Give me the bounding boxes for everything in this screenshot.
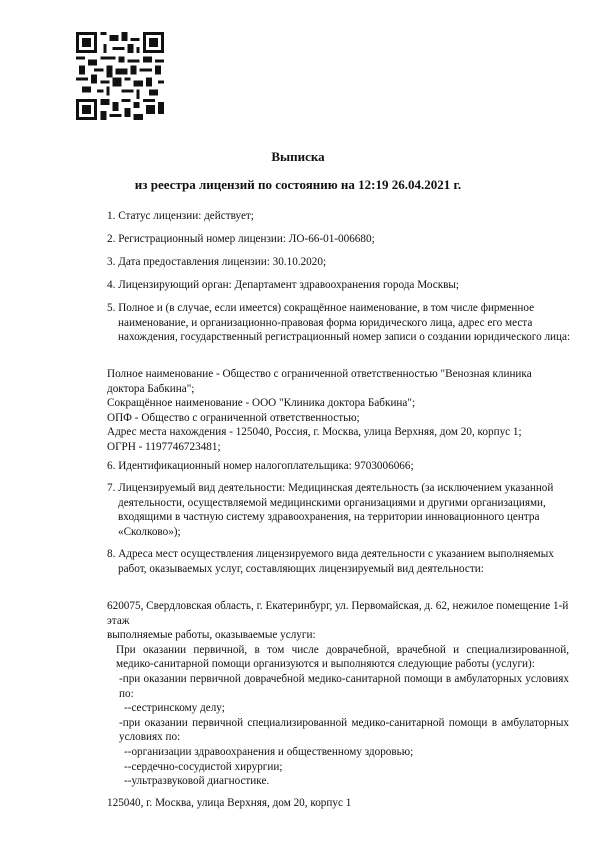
item-activity-type: 7. Лицензируемый вид деятельности: Медиц… (107, 481, 580, 539)
works-item: --организации здравоохранения и обществе… (107, 745, 569, 760)
org-opf: ОПФ - Общество с ограниченной ответствен… (107, 411, 569, 426)
works-label: выполняемые работы, оказываемые услуги: (107, 628, 569, 643)
item-inn: 6. Идентификационный номер налогоплатель… (107, 459, 569, 474)
org-address: Адрес места нахождения - 125040, Россия,… (107, 425, 569, 440)
item-legal-entity-heading: 5. Полное и (в случае, если имеется) сок… (107, 301, 580, 345)
org-full-name: Полное наименование - Общество с огранич… (107, 367, 569, 396)
works-group-primary-prehospital: -при оказании первичной доврачебной меди… (107, 672, 569, 701)
works-intro: При оказании первичной, в том числе довр… (107, 643, 569, 672)
works-item: --сестринскому делу; (107, 701, 569, 716)
place-ekaterinburg: 620075, Свердловская область, г. Екатери… (107, 599, 569, 789)
qr-code-icon (76, 32, 164, 120)
document-subtitle: из реестра лицензий по состоянию на 12:1… (0, 177, 596, 193)
item-registration-number: 2. Регистрационный номер лицензии: ЛО-66… (107, 232, 569, 247)
org-short-name: Сокращённое наименование - ООО "Клиника … (107, 396, 569, 411)
works-group-primary-specialized: -при оказании первичной специализированн… (107, 716, 569, 745)
org-details: Полное наименование - Общество с огранич… (107, 367, 569, 455)
works-item: --сердечно-сосудистой хирургии; (107, 760, 569, 775)
org-ogrn: ОГРН - 1197746723481; (107, 440, 569, 455)
place-address: 620075, Свердловская область, г. Екатери… (107, 599, 569, 628)
item-activity-addresses: 8. Адреса мест осуществления лицензируем… (107, 547, 580, 576)
works-item: --ультразвуковой диагностике. (107, 774, 569, 789)
item-license-date: 3. Дата предоставления лицензии: 30.10.2… (107, 255, 569, 270)
item-license-status: 1. Статус лицензии: действует; (107, 209, 569, 224)
place-moscow-address: 125040, г. Москва, улица Верхняя, дом 20… (107, 796, 569, 811)
document-title: Выписка (0, 149, 596, 165)
item-licensing-authority: 4. Лицензирующий орган: Департамент здра… (107, 278, 569, 293)
